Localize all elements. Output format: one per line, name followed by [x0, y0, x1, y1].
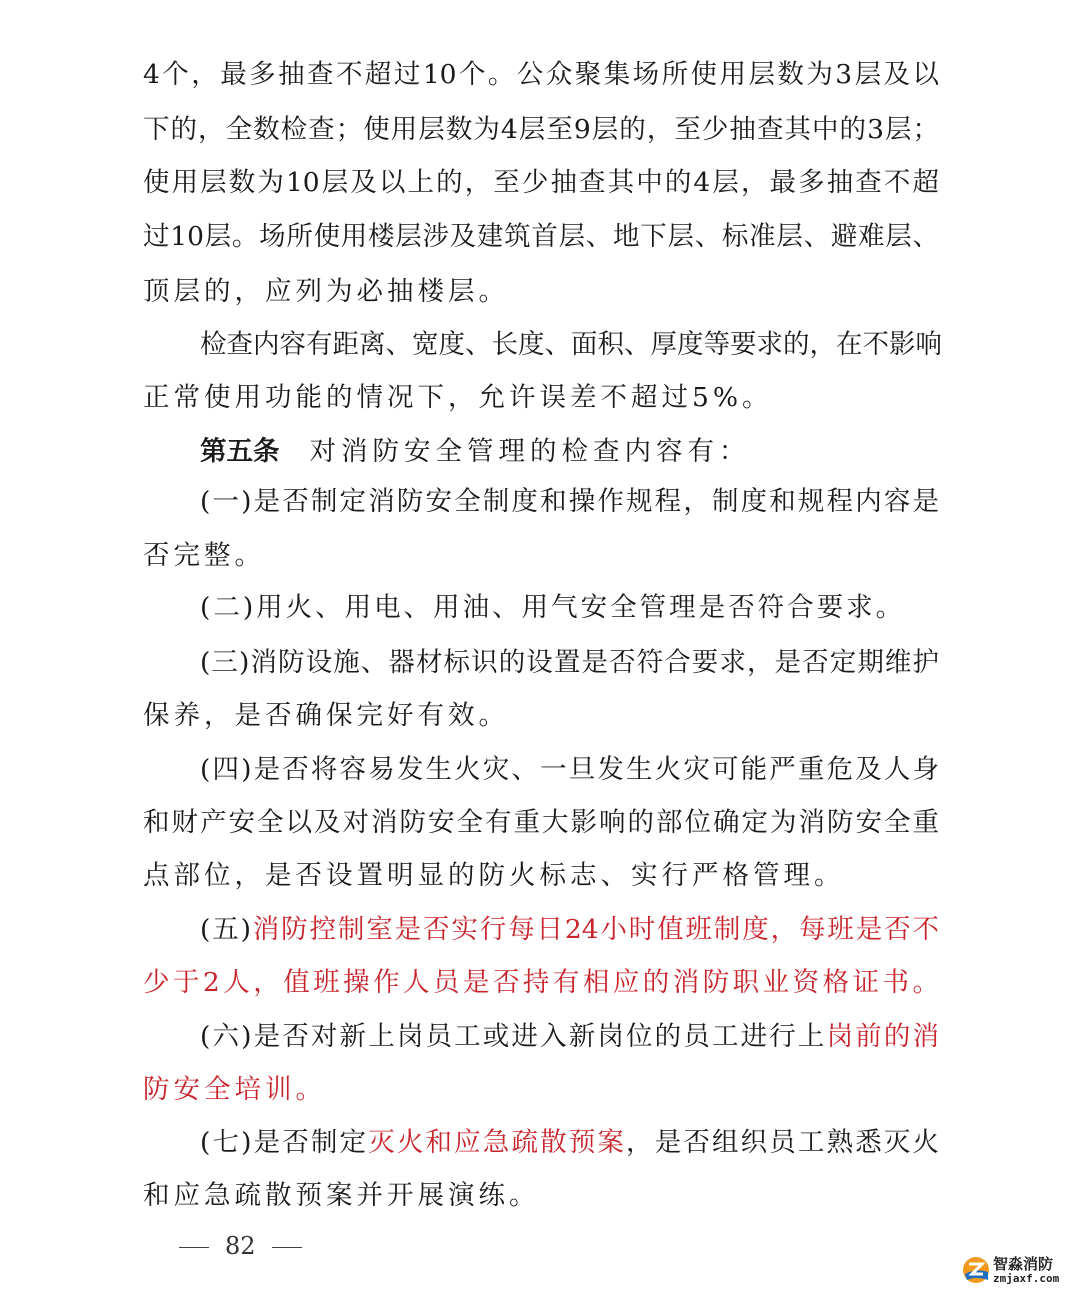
page-number: 82 [163, 1228, 318, 1264]
page-number-value: 82 [225, 1232, 256, 1260]
item-text: (七)是否制定 [200, 1127, 368, 1158]
paragraph-line: 检查内容有距离、宽度、长度、面积、厚度等要求的，在不影响 [200, 325, 939, 365]
article-intro: 对消防安全管理的检查内容有： [310, 436, 751, 467]
item-prefix: (五) [200, 914, 251, 945]
highlighted-text: 灭火和应急疏散预案 [368, 1127, 626, 1158]
item-line: (三)消防设施、器材标识的设置是否符合要求，是否定期维护 [200, 643, 939, 683]
watermark: 智淼消防 zmjaxf.com [962, 1252, 1077, 1288]
item-line: (七)是否制定灭火和应急疏散预案，是否组织员工熟悉灭火 [200, 1123, 939, 1163]
item-text: (六)是否对新上岗员工或进入新岗位的员工进行上 [200, 1021, 827, 1052]
item-line: 否完整。 [143, 536, 939, 576]
item-line: (五)消防控制室是否实行每日24小时值班制度，每班是否不 [200, 910, 939, 950]
item-line: 和财产安全以及对消防安全有重大影响的部位确定为消防安全重 [143, 803, 939, 843]
highlighted-text: 防安全培训。 [143, 1070, 939, 1110]
paragraph-line: 4个，最多抽查不超过10个。公众聚集场所使用层数为3层及以 [143, 55, 939, 95]
item-line: (四)是否将容易发生火灾、一旦发生火灾可能严重危及人身 [200, 750, 939, 790]
highlighted-text: 少于2人，值班操作人员是否持有相应的消防职业资格证书。 [143, 963, 939, 1003]
item-line: 点部位，是否设置明显的防火标志、实行严格管理。 [143, 856, 939, 896]
paragraph-line: 下的，全数检查；使用层数为4层至9层的，至少抽查其中的3层； [143, 110, 939, 150]
zmjaxf-logo-icon [962, 1256, 990, 1284]
dash-right [272, 1247, 302, 1248]
paragraph-line: 使用层数为10层及以上的，至少抽查其中的4层，最多抽查不超 [143, 163, 939, 203]
article-number: 第五条 [200, 436, 280, 467]
paragraph-line: 顶层的，应列为必抽楼层。 [143, 272, 939, 312]
item-line: (一)是否制定消防安全制度和操作规程，制度和规程内容是 [200, 482, 939, 522]
dash-left [179, 1247, 209, 1248]
watermark-url: zmjaxf.com [993, 1272, 1059, 1285]
item-line: 和应急疏散预案并开展演练。 [143, 1176, 939, 1216]
highlighted-text: 消防控制室是否实行每日24小时值班制度，每班是否不 [251, 914, 939, 945]
paragraph-line: 过10层。场所使用楼层涉及建筑首层、地下层、标准层、避难层、 [143, 217, 939, 257]
item-line: (六)是否对新上岗员工或进入新岗位的员工进行上岗前的消 [200, 1017, 939, 1057]
watermark-title: 智淼消防 [993, 1253, 1053, 1274]
item-line: 保养，是否确保完好有效。 [143, 696, 939, 736]
article-heading: 第五条对消防安全管理的检查内容有： [200, 432, 939, 472]
item-line: (二)用火、用电、用油、用气安全管理是否符合要求。 [200, 588, 939, 628]
highlighted-text: 岗前的消 [827, 1021, 939, 1052]
document-page: 4个，最多抽查不超过10个。公众聚集场所使用层数为3层及以 下的，全数检查；使用… [0, 0, 1080, 1293]
item-text: ，是否组织员工熟悉灭火 [626, 1127, 939, 1158]
paragraph-line: 正常使用功能的情况下，允许误差不超过5%。 [143, 378, 939, 418]
